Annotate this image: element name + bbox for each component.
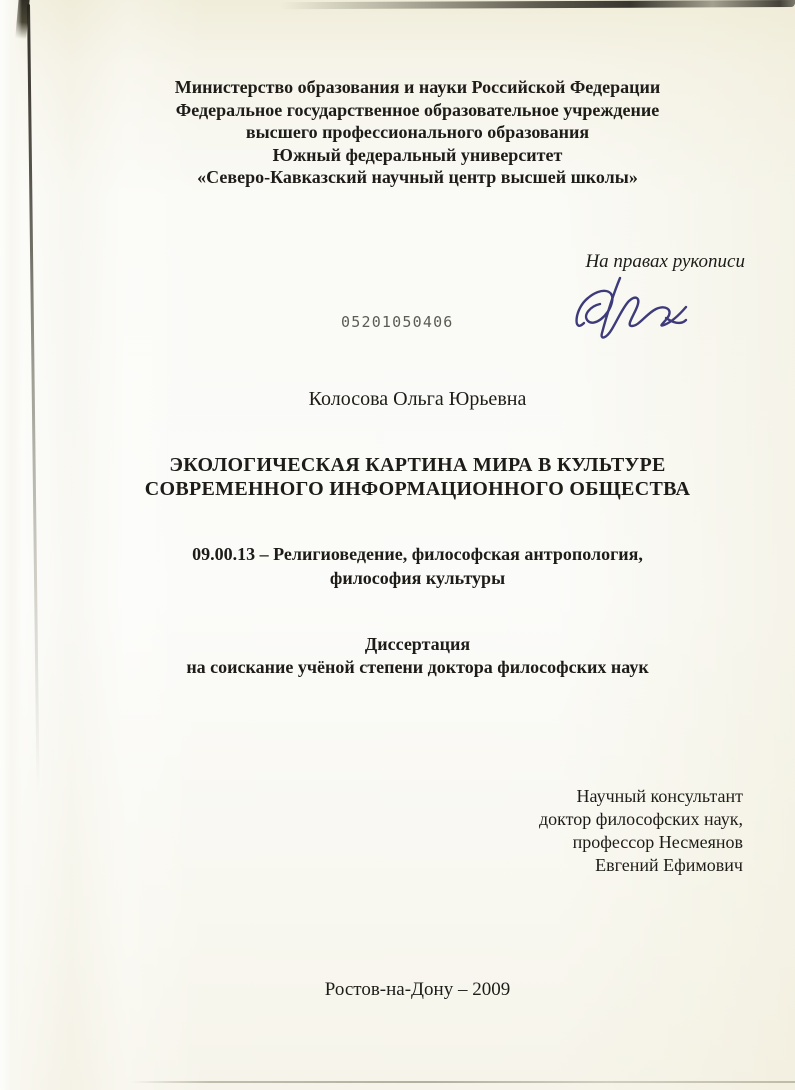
university-header: Министерство образования и науки Российс… [40, 76, 795, 189]
consultant-line-name: Евгений Ефимович [539, 854, 743, 877]
specialty-code: 09.00.13 – Религиоведение, философская а… [40, 542, 795, 590]
specialty-line-1: 09.00.13 – Религиоведение, философская а… [40, 542, 795, 566]
header-line-education: высшего профессионального образования [40, 121, 795, 144]
consultant-line-surname: профессор Несмеянов [539, 831, 743, 854]
header-line-institution: Федеральное государственное образователь… [40, 99, 795, 122]
thesis-line-2: на соискание учёной степени доктора фило… [40, 656, 795, 679]
registration-number: 05201050406 [341, 313, 454, 331]
scan-artifact-bottom-edge [130, 1081, 795, 1083]
scan-artifact-top-edge [280, 0, 795, 9]
specialty-line-2: философия культуры [40, 566, 795, 590]
handwritten-signature [568, 274, 690, 340]
header-line-ministry: Министерство образования и науки Российс… [40, 76, 795, 99]
thesis-line-1: Диссертация [40, 633, 795, 656]
header-line-center: «Северо-Кавказский научный центр высшей … [40, 166, 795, 189]
consultant-line-role: Научный консультант [539, 785, 743, 808]
scientific-consultant: Научный консультант доктор философских н… [539, 785, 743, 877]
scan-artifact-left-margin [0, 0, 22, 1090]
thesis-type: Диссертация на соискание учёной степени … [40, 633, 795, 679]
header-line-university: Южный федеральный университет [40, 144, 795, 167]
scanned-page: Министерство образования и науки Российс… [0, 0, 795, 1090]
author-name: Колосова Ольга Юрьевна [40, 388, 795, 411]
scan-artifact-left-edge-line [27, 4, 40, 789]
consultant-line-degree: доктор философских наук, [539, 808, 743, 831]
city-year: Ростов-на-Дону – 2009 [40, 979, 795, 1001]
manuscript-rights-note: На правах рукописи [585, 251, 745, 273]
dissertation-title: ЭКОЛОГИЧЕСКАЯ КАРТИНА МИРА В КУЛЬТУРЕ СО… [40, 453, 795, 501]
title-line-1: ЭКОЛОГИЧЕСКАЯ КАРТИНА МИРА В КУЛЬТУРЕ [40, 453, 795, 477]
title-line-2: СОВРЕМЕННОГО ИНФОРМАЦИОННОГО ОБЩЕСТВА [40, 477, 795, 501]
